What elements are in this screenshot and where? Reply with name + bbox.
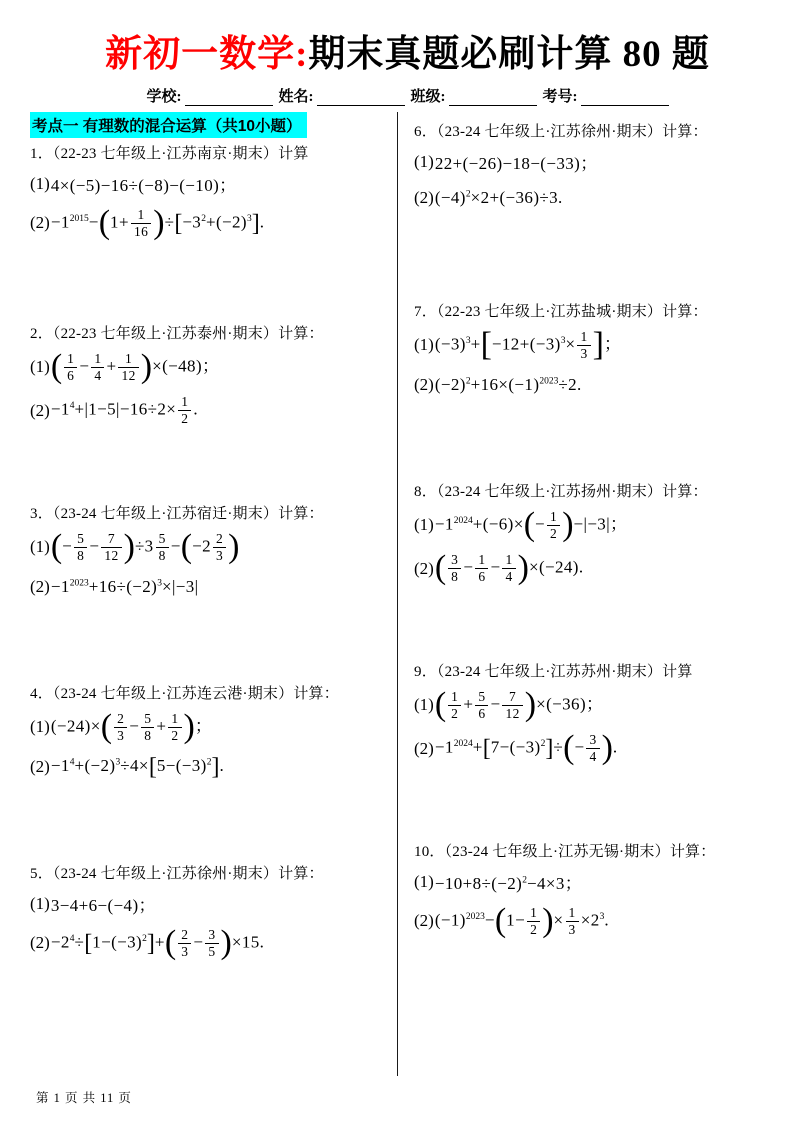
part-label: (1) xyxy=(414,515,434,535)
problem-5: 5．（23-24 七年级上·江苏徐州·期末）计算： (1) 3−4+6−(−4)… xyxy=(30,862,391,1042)
problem-7: 7．（22-23 七年级上·江苏盐城·期末）计算： (1) (−3)3+[−12… xyxy=(414,300,785,480)
math-expression: −24÷[1−(−3)2]+(23−35)×15. xyxy=(51,927,264,960)
problem-10-part-1: (1) −10+8÷(−2)2−4×3； xyxy=(414,869,785,895)
problem-8-title: 8．（23-24 七年级上·江苏扬州·期末）计算： xyxy=(414,480,785,501)
page-title: 新初一数学:期末真题必刷计算 80 题 xyxy=(30,34,785,77)
school-field: 学校: xyxy=(147,85,273,106)
part-label: (2) xyxy=(414,375,434,395)
problem-3-part-1: (1) (−58−712)÷358−(−223) xyxy=(30,531,391,564)
left-column: 考点一 有理数的混合运算（共10小题） 1．（22-23 七年级上·江苏南京·期… xyxy=(30,112,397,1076)
math-expression: 22+(−26)−18−(−33)； xyxy=(435,149,598,174)
problem-9-part-2: (2) −12024+[7−(−3)2]÷(−34). xyxy=(414,732,785,765)
problem-2: 2．（22-23 七年级上·江苏泰州·期末）计算： (1) (16−14+112… xyxy=(30,322,391,502)
problem-9: 9．（23-24 七年级上·江苏苏州·期末）计算 (1) (12+56−712)… xyxy=(414,660,785,840)
part-label: (2) xyxy=(414,739,434,759)
problem-2-title: 2．（22-23 七年级上·江苏泰州·期末）计算： xyxy=(30,322,391,343)
math-expression: −14+|1−5|−16÷2×12. xyxy=(51,394,198,427)
math-expression: (16−14+112)×(−48)； xyxy=(51,351,220,384)
problem-8: 8．（23-24 七年级上·江苏扬州·期末）计算： (1) −12024+(−6… xyxy=(414,480,785,660)
problem-1-title: 1．（22-23 七年级上·江苏南京·期末）计算 xyxy=(30,142,391,163)
part-label: (1) xyxy=(30,717,50,737)
problem-3: 3．（23-24 七年级上·江苏宿迁·期末）计算： (1) (−58−712)÷… xyxy=(30,502,391,682)
problem-8-part-2: (2) (38−16−14)×(−24). xyxy=(414,552,785,585)
problem-10-part-2: (2) (−1)2023−(1−12)×13×23. xyxy=(414,905,785,938)
problem-10-title: 10．（23-24 七年级上·江苏无锡·期末）计算： xyxy=(414,840,785,861)
problem-3-title: 3．（23-24 七年级上·江苏宿迁·期末）计算： xyxy=(30,502,391,523)
page-number-footer: 第 1 页 共 11 页 xyxy=(36,1088,132,1106)
problem-10: 10．（23-24 七年级上·江苏无锡·期末）计算： (1) −10+8÷(−2… xyxy=(414,840,785,1020)
part-label: (2) xyxy=(30,577,50,597)
part-label: (2) xyxy=(30,933,50,953)
part-label: (1) xyxy=(30,357,50,377)
page-title-red-part: 新初一数学: xyxy=(105,34,308,75)
math-expression: (−24)×(23−58+12)； xyxy=(51,711,212,744)
math-expression: (−58−712)÷358−(−223) xyxy=(51,531,240,564)
problem-4-part-2: (2) −14+(−2)3÷4×[5−(−3)2]. xyxy=(30,754,391,780)
problem-4-title: 4．（23-24 七年级上·江苏连云港·期末）计算： xyxy=(30,682,391,703)
math-expression: −12024+[7−(−3)2]÷(−34). xyxy=(435,732,618,765)
part-label: (1) xyxy=(414,335,434,355)
worksheet-page: 新初一数学:期末真题必刷计算 80 题 学校: 姓名: 班级: 考号: 考点一 … xyxy=(0,0,793,1122)
math-expression: 4×(−5)−16÷(−8)−(−10)； xyxy=(51,171,237,196)
problem-4-part-1: (1) (−24)×(23−58+12)； xyxy=(30,711,391,744)
right-column: 6．（23-24 七年级上·江苏徐州·期末）计算： (1) 22+(−26)−1… xyxy=(397,112,785,1076)
math-expression: (−2)2+16×(−1)2023÷2. xyxy=(435,375,582,395)
problem-3-part-2: (2) −12023+16÷(−2)3×|−3| xyxy=(30,574,391,600)
school-blank-line xyxy=(185,89,273,106)
part-label: (1) xyxy=(414,872,434,892)
part-label: (2) xyxy=(414,559,434,579)
section-heading: 考点一 有理数的混合运算（共10小题） xyxy=(30,112,307,138)
math-expression: −12024+(−6)×(−12)−|−3|； xyxy=(435,509,628,542)
name-field: 姓名: xyxy=(279,85,405,106)
problem-1-part-1: (1) 4×(−5)−16÷(−8)−(−10)； xyxy=(30,171,391,197)
part-label: (1) xyxy=(414,695,434,715)
math-expression: −10+8÷(−2)2−4×3； xyxy=(435,869,582,894)
part-label: (2) xyxy=(414,911,434,931)
exam-no-blank-line xyxy=(581,89,669,106)
math-expression: (38−16−14)×(−24). xyxy=(435,552,584,585)
problem-6-part-1: (1) 22+(−26)−18−(−33)； xyxy=(414,149,785,175)
math-expression: (−3)3+[−12+(−3)3×13]； xyxy=(435,329,622,362)
problem-6-part-2: (2) (−4)2×2+(−36)÷3. xyxy=(414,185,785,211)
page-title-black-part: 期末真题必刷计算 80 题 xyxy=(308,34,710,75)
problem-5-title: 5．（23-24 七年级上·江苏徐州·期末）计算： xyxy=(30,862,391,883)
part-label: (2) xyxy=(30,213,50,233)
math-expression: −14+(−2)3÷4×[5−(−3)2]. xyxy=(51,756,224,777)
problem-2-part-1: (1) (16−14+112)×(−48)； xyxy=(30,351,391,384)
part-label: (1) xyxy=(414,152,434,172)
problem-6: 6．（23-24 七年级上·江苏徐州·期末）计算： (1) 22+(−26)−1… xyxy=(414,120,785,300)
problem-7-title: 7．（22-23 七年级上·江苏盐城·期末）计算： xyxy=(414,300,785,321)
part-label: (2) xyxy=(30,401,50,421)
math-expression: 3−4+6−(−4)； xyxy=(51,891,156,916)
problem-6-title: 6．（23-24 七年级上·江苏徐州·期末）计算： xyxy=(414,120,785,141)
class-field: 班级: xyxy=(411,85,537,106)
problem-2-part-2: (2) −14+|1−5|−16÷2×12. xyxy=(30,394,391,427)
part-label: (1) xyxy=(30,894,50,914)
math-expression: −12023+16÷(−2)3×|−3| xyxy=(51,577,199,597)
problem-9-title: 9．（23-24 七年级上·江苏苏州·期末）计算 xyxy=(414,660,785,681)
problem-1: 1．（22-23 七年级上·江苏南京·期末）计算 (1) 4×(−5)−16÷(… xyxy=(30,142,391,322)
problem-8-part-1: (1) −12024+(−6)×(−12)−|−3|； xyxy=(414,509,785,542)
exam-no-label: 考号: xyxy=(543,85,578,106)
problem-1-part-2: (2) −12015−(1+116)÷[−32+(−2)3]. xyxy=(30,207,391,240)
class-label: 班级: xyxy=(411,85,446,106)
math-expression: (−1)2023−(1−12)×13×23. xyxy=(435,905,609,938)
part-label: (2) xyxy=(414,188,434,208)
part-label: (1) xyxy=(30,174,50,194)
problem-7-part-1: (1) (−3)3+[−12+(−3)3×13]； xyxy=(414,329,785,362)
name-label: 姓名: xyxy=(279,85,314,106)
school-label: 学校: xyxy=(147,85,182,106)
problem-7-part-2: (2) (−2)2+16×(−1)2023÷2. xyxy=(414,372,785,398)
problem-4: 4．（23-24 七年级上·江苏连云港·期末）计算： (1) (−24)×(23… xyxy=(30,682,391,862)
two-column-content: 考点一 有理数的混合运算（共10小题） 1．（22-23 七年级上·江苏南京·期… xyxy=(30,112,785,1076)
math-expression: −12015−(1+116)÷[−32+(−2)3]. xyxy=(51,207,265,240)
part-label: (1) xyxy=(30,537,50,557)
student-info-row: 学校: 姓名: 班级: 考号: xyxy=(30,85,785,106)
exam-no-field: 考号: xyxy=(543,85,669,106)
math-expression: (12+56−712)×(−36)； xyxy=(435,689,604,722)
class-blank-line xyxy=(449,89,537,106)
problem-5-part-1: (1) 3−4+6−(−4)； xyxy=(30,891,391,917)
part-label: (2) xyxy=(30,757,50,777)
math-expression: (−4)2×2+(−36)÷3. xyxy=(435,188,563,208)
problem-9-part-1: (1) (12+56−712)×(−36)； xyxy=(414,689,785,722)
name-blank-line xyxy=(317,89,405,106)
problem-5-part-2: (2) −24÷[1−(−3)2]+(23−35)×15. xyxy=(30,927,391,960)
